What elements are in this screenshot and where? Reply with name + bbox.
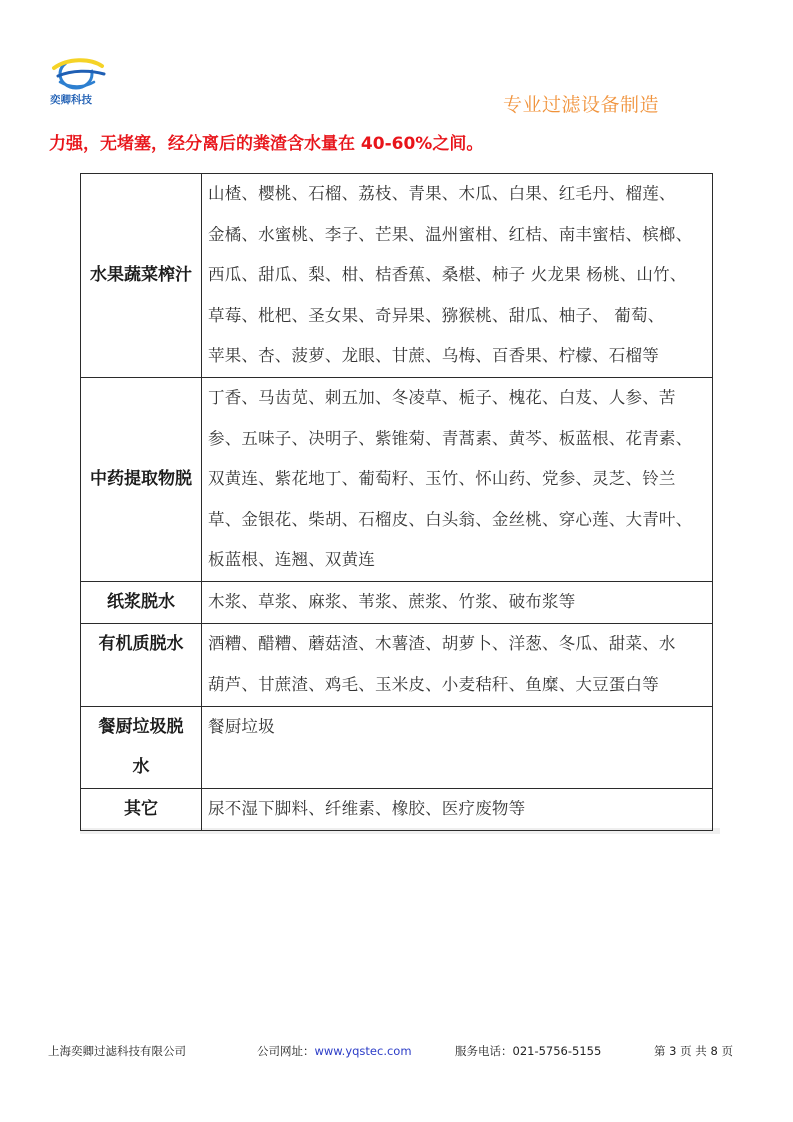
row-label-text: 水 — [81, 747, 201, 788]
row-label: 中药提取物脱 — [81, 378, 202, 582]
row-content: 丁香、马齿苋、刺五加、冬凌草、栀子、槐花、白芨、人参、苦 参、五味子、决明子、紫… — [202, 378, 713, 582]
content-line: 葫芦、甘蔗渣、鸡毛、玉米皮、小麦秸秆、鱼糜、大豆蛋白等 — [208, 665, 706, 706]
phone-number: 021-5756-5155 — [513, 1044, 602, 1058]
page-current: 3 — [669, 1044, 676, 1058]
phone-label: 服务电话： — [455, 1044, 513, 1058]
slogan: 专业过滤设备制造 — [503, 90, 659, 117]
application-table: 水果蔬菜榨汁 山楂、樱桃、石榴、荔枝、青果、木瓜、白果、红毛丹、榴莲、 金橘、水… — [80, 173, 713, 831]
content-line: 参、五味子、决明子、紫锥菊、青蒿素、黄芩、板蓝根、花青素、 — [208, 419, 706, 460]
content-line: 苹果、杏、菠萝、龙眼、甘蔗、乌梅、百香果、柠檬、石榴等 — [208, 336, 706, 377]
logo-text: 奕卿科技 — [50, 92, 92, 107]
row-content: 酒糟、醋糟、蘑菇渣、木薯渣、胡萝卜、洋葱、冬瓜、甜菜、水 葫芦、甘蔗渣、鸡毛、玉… — [202, 623, 713, 706]
content-line: 尿不湿下脚料、纤维素、橡胶、医疗废物等 — [208, 789, 706, 830]
row-label-text: 餐厨垃圾脱 — [81, 707, 201, 748]
content-line: 西瓜、甜瓜、梨、柑、桔香蕉、桑椹、柿子 火龙果 杨桃、山竹、 — [208, 255, 706, 296]
content-line: 金橘、水蜜桃、李子、芒果、温州蜜柑、红桔、南丰蜜桔、槟榔、 — [208, 215, 706, 256]
table-row: 中药提取物脱 丁香、马齿苋、刺五加、冬凌草、栀子、槐花、白芨、人参、苦 参、五味… — [81, 378, 713, 582]
page-prefix: 第 — [654, 1044, 666, 1058]
table-row: 其它 尿不湿下脚料、纤维素、橡胶、医疗废物等 — [81, 788, 713, 830]
footer-website: 公司网址：www.yqstec.com — [257, 1043, 412, 1059]
content-line: 山楂、樱桃、石榴、荔枝、青果、木瓜、白果、红毛丹、榴莲、 — [208, 174, 706, 215]
content-line: 草、金银花、柴胡、石榴皮、白头翁、金丝桃、穿心莲、大青叶、 — [208, 500, 706, 541]
table-row: 餐厨垃圾脱 水 餐厨垃圾 — [81, 706, 713, 788]
content-line: 餐厨垃圾 — [208, 707, 706, 748]
row-label: 餐厨垃圾脱 水 — [81, 706, 202, 788]
row-label: 纸浆脱水 — [81, 581, 202, 623]
row-label-text: 有机质脱水 — [81, 624, 201, 665]
row-label: 有机质脱水 — [81, 623, 202, 706]
row-label: 水果蔬菜榨汁 — [81, 174, 202, 378]
content-line: 酒糟、醋糟、蘑菇渣、木薯渣、胡萝卜、洋葱、冬瓜、甜菜、水 — [208, 624, 706, 665]
table-row: 纸浆脱水 木浆、草浆、麻浆、苇浆、蔗浆、竹浆、破布浆等 — [81, 581, 713, 623]
row-content: 木浆、草浆、麻浆、苇浆、蔗浆、竹浆、破布浆等 — [202, 581, 713, 623]
page-suffix: 页 — [721, 1044, 733, 1058]
row-content: 餐厨垃圾 — [202, 706, 713, 788]
company-logo: 奕卿科技 — [46, 54, 110, 110]
page-total: 8 — [710, 1044, 717, 1058]
table-row: 水果蔬菜榨汁 山楂、樱桃、石榴、荔枝、青果、木瓜、白果、红毛丹、榴莲、 金橘、水… — [81, 174, 713, 378]
footer-phone: 服务电话：021-5756-5155 — [455, 1043, 601, 1059]
content-line: 草莓、枇杷、圣女果、奇异果、猕猴桃、甜瓜、柚子、 葡萄、 — [208, 296, 706, 337]
content-line: 丁香、马齿苋、刺五加、冬凌草、栀子、槐花、白芨、人参、苦 — [208, 378, 706, 419]
footer-company: 上海奕卿过滤科技有限公司 — [48, 1043, 186, 1059]
content-line: 双黄连、紫花地丁、葡萄籽、玉竹、怀山药、党参、灵芝、铃兰 — [208, 459, 706, 500]
row-label: 其它 — [81, 788, 202, 830]
row-content: 尿不湿下脚料、纤维素、橡胶、医疗废物等 — [202, 788, 713, 830]
content-line: 木浆、草浆、麻浆、苇浆、蔗浆、竹浆、破布浆等 — [208, 582, 706, 623]
page-mid: 页 共 — [680, 1044, 707, 1058]
footer-page-number: 第 3 页 共 8 页 — [654, 1043, 733, 1059]
row-content: 山楂、樱桃、石榴、荔枝、青果、木瓜、白果、红毛丹、榴莲、 金橘、水蜜桃、李子、芒… — [202, 174, 713, 378]
globe-swoosh-icon — [50, 54, 106, 94]
content-line: 板蓝根、连翘、双黄连 — [208, 540, 706, 581]
website-link[interactable]: www.yqstec.com — [315, 1044, 412, 1058]
website-label: 公司网址： — [257, 1044, 315, 1058]
intro-text: 力强，无堵塞，经分离后的粪渣含水量在 40-60%之间。 — [49, 129, 483, 154]
table-row: 有机质脱水 酒糟、醋糟、蘑菇渣、木薯渣、胡萝卜、洋葱、冬瓜、甜菜、水 葫芦、甘蔗… — [81, 623, 713, 706]
